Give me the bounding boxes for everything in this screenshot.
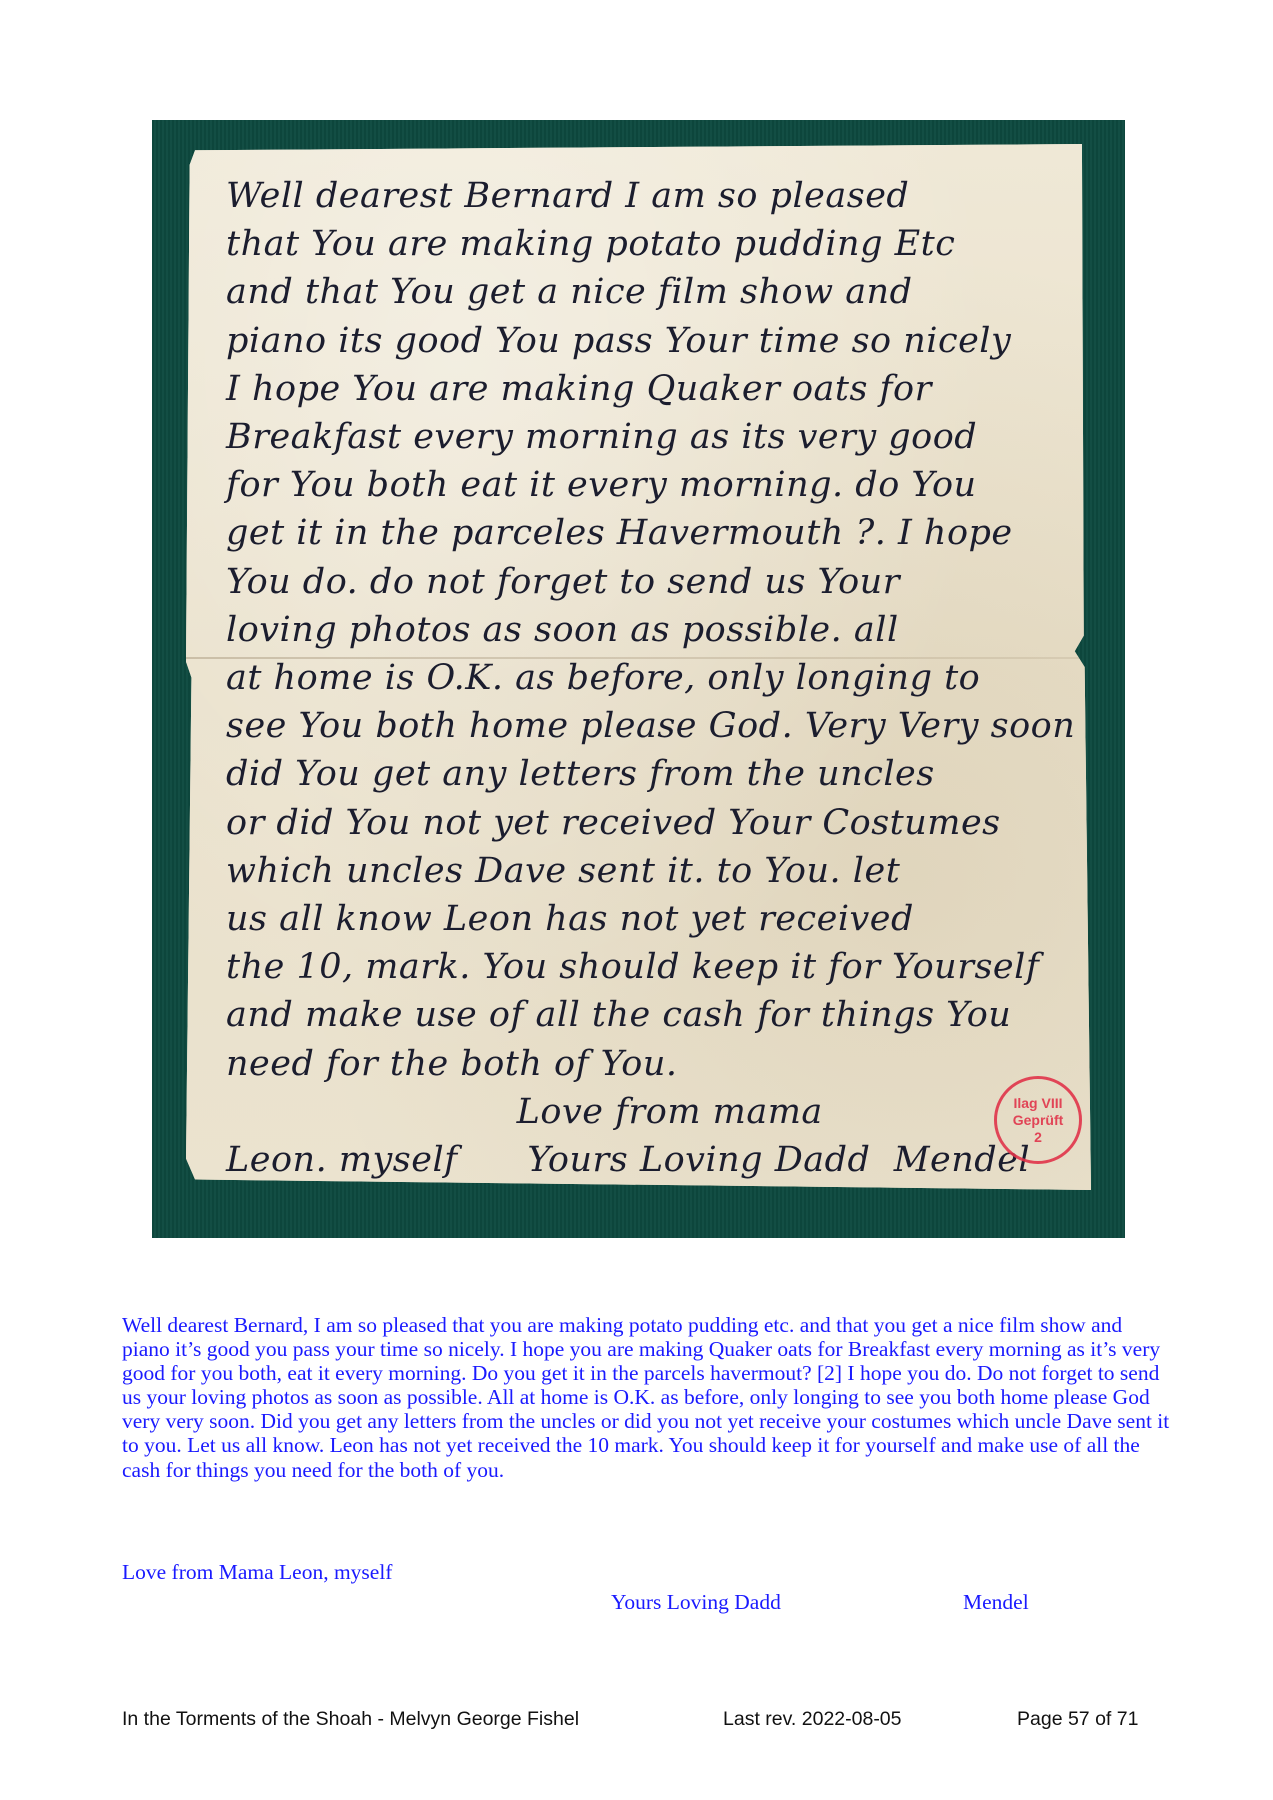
handwritten-line: Leon. myself Yours Loving Dadd Mendel <box>226 1136 1069 1184</box>
handwritten-line: that You are making potato pudding Etc <box>226 220 1069 268</box>
handwritten-line: did You get any letters from the uncles <box>226 750 1069 798</box>
handwritten-line: piano its good You pass Your time so nic… <box>226 317 1069 365</box>
handwritten-line: us all know Leon has not yet received <box>226 895 1069 943</box>
handwritten-text: Well dearest Bernard I am so pleased tha… <box>226 172 1069 1184</box>
handwritten-line: I hope You are making Quaker oats for <box>226 365 1069 413</box>
stamp-line-1: Ilag VIII <box>1013 1095 1062 1112</box>
handwritten-line: Breakfast every morning as its very good <box>226 413 1069 461</box>
letter-photo: Well dearest Bernard I am so pleased tha… <box>152 120 1125 1238</box>
handwritten-line: for You both eat it every morning. do Yo… <box>226 461 1069 509</box>
handwritten-line: get it in the parceles Havermouth ?. I h… <box>226 509 1069 557</box>
handwritten-line: at home is O.K. as before, only longing … <box>226 654 1069 702</box>
footer-revision-date: Last rev. 2022-08-05 <box>723 1708 902 1731</box>
handwritten-line: Love from mama <box>226 1088 1069 1136</box>
footer-page-number: Page 57 of 71 <box>1017 1708 1138 1731</box>
handwritten-line: and that You get a nice film show and <box>226 268 1069 316</box>
stamp-line-2: Geprüft <box>1013 1112 1064 1129</box>
closing-love-from: Love from Mama Leon, myself <box>122 1560 392 1585</box>
handwritten-line: or did You not yet received Your Costume… <box>226 799 1069 847</box>
handwritten-line: which uncles Dave sent it. to You. let <box>226 847 1069 895</box>
handwritten-line: Well dearest Bernard I am so pleased <box>226 172 1069 220</box>
handwritten-line: You do. do not forget to send us Your <box>226 558 1069 606</box>
stamp-line-3: 2 <box>1034 1129 1042 1146</box>
closing-signoff: Yours Loving Dadd <box>611 1590 781 1615</box>
censor-stamp: Ilag VIII Geprüft 2 <box>994 1076 1082 1164</box>
handwritten-line: and make use of all the cash for things … <box>226 991 1069 1039</box>
footer-document-title: In the Torments of the Shoah - Melvyn Ge… <box>122 1708 579 1731</box>
handwritten-line: the 10, mark. You should keep it for You… <box>226 943 1069 991</box>
handwritten-line: need for the both of You. <box>226 1040 1069 1088</box>
handwritten-line: see You both home please God. Very Very … <box>226 702 1069 750</box>
handwritten-line: loving photos as soon as possible. all <box>226 606 1069 654</box>
transcript-body: Well dearest Bernard, I am so pleased th… <box>122 1313 1172 1482</box>
letter-paper: Well dearest Bernard I am so pleased tha… <box>186 144 1091 1190</box>
closing-signature: Mendel <box>963 1590 1029 1615</box>
